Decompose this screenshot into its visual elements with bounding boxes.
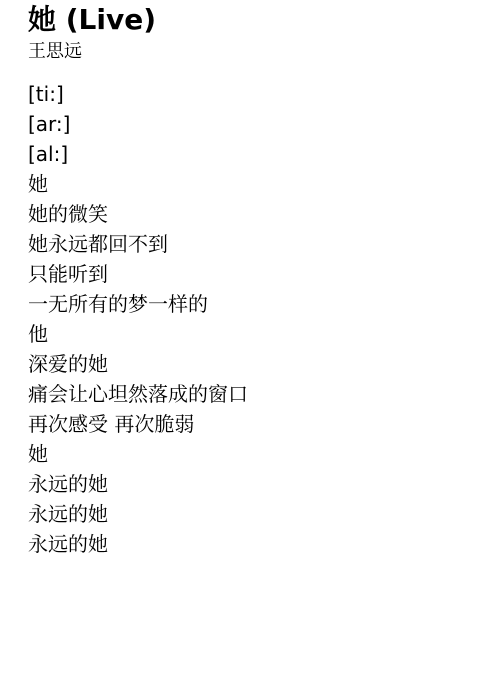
lyric-line: 永远的她 [28, 499, 480, 529]
lyric-line: 只能听到 [28, 259, 480, 289]
lyric-line: 他 [28, 319, 480, 349]
song-title: 她 (Live) [28, 0, 480, 40]
lyric-line: 她的微笑 [28, 199, 480, 229]
lyric-line: 她永远都回不到 [28, 229, 480, 259]
lyric-line: 她 [28, 439, 480, 469]
lyric-line: 一无所有的梦一样的 [28, 289, 480, 319]
lyric-line-al-tag: [al:] [28, 139, 480, 169]
lyrics-block: [ti:] [ar:] [al:] 她 她的微笑 她永远都回不到 只能听到 一无… [28, 79, 480, 559]
lyric-line: 永远的她 [28, 469, 480, 499]
lyric-line-ti-tag: [ti:] [28, 79, 480, 109]
lyrics-page: 她 (Live) 王思远 [ti:] [ar:] [al:] 她 她的微笑 她永… [0, 0, 500, 559]
lyric-line: 再次感受 再次脆弱 [28, 409, 480, 439]
lyric-line-ar-tag: [ar:] [28, 109, 480, 139]
lyric-line: 深爱的她 [28, 349, 480, 379]
lyric-line: 痛会让心坦然落成的窗口 [28, 379, 480, 409]
lyric-line: 她 [28, 169, 480, 199]
lyric-line: 永远的她 [28, 529, 480, 559]
artist-name: 王思远 [28, 40, 480, 64]
